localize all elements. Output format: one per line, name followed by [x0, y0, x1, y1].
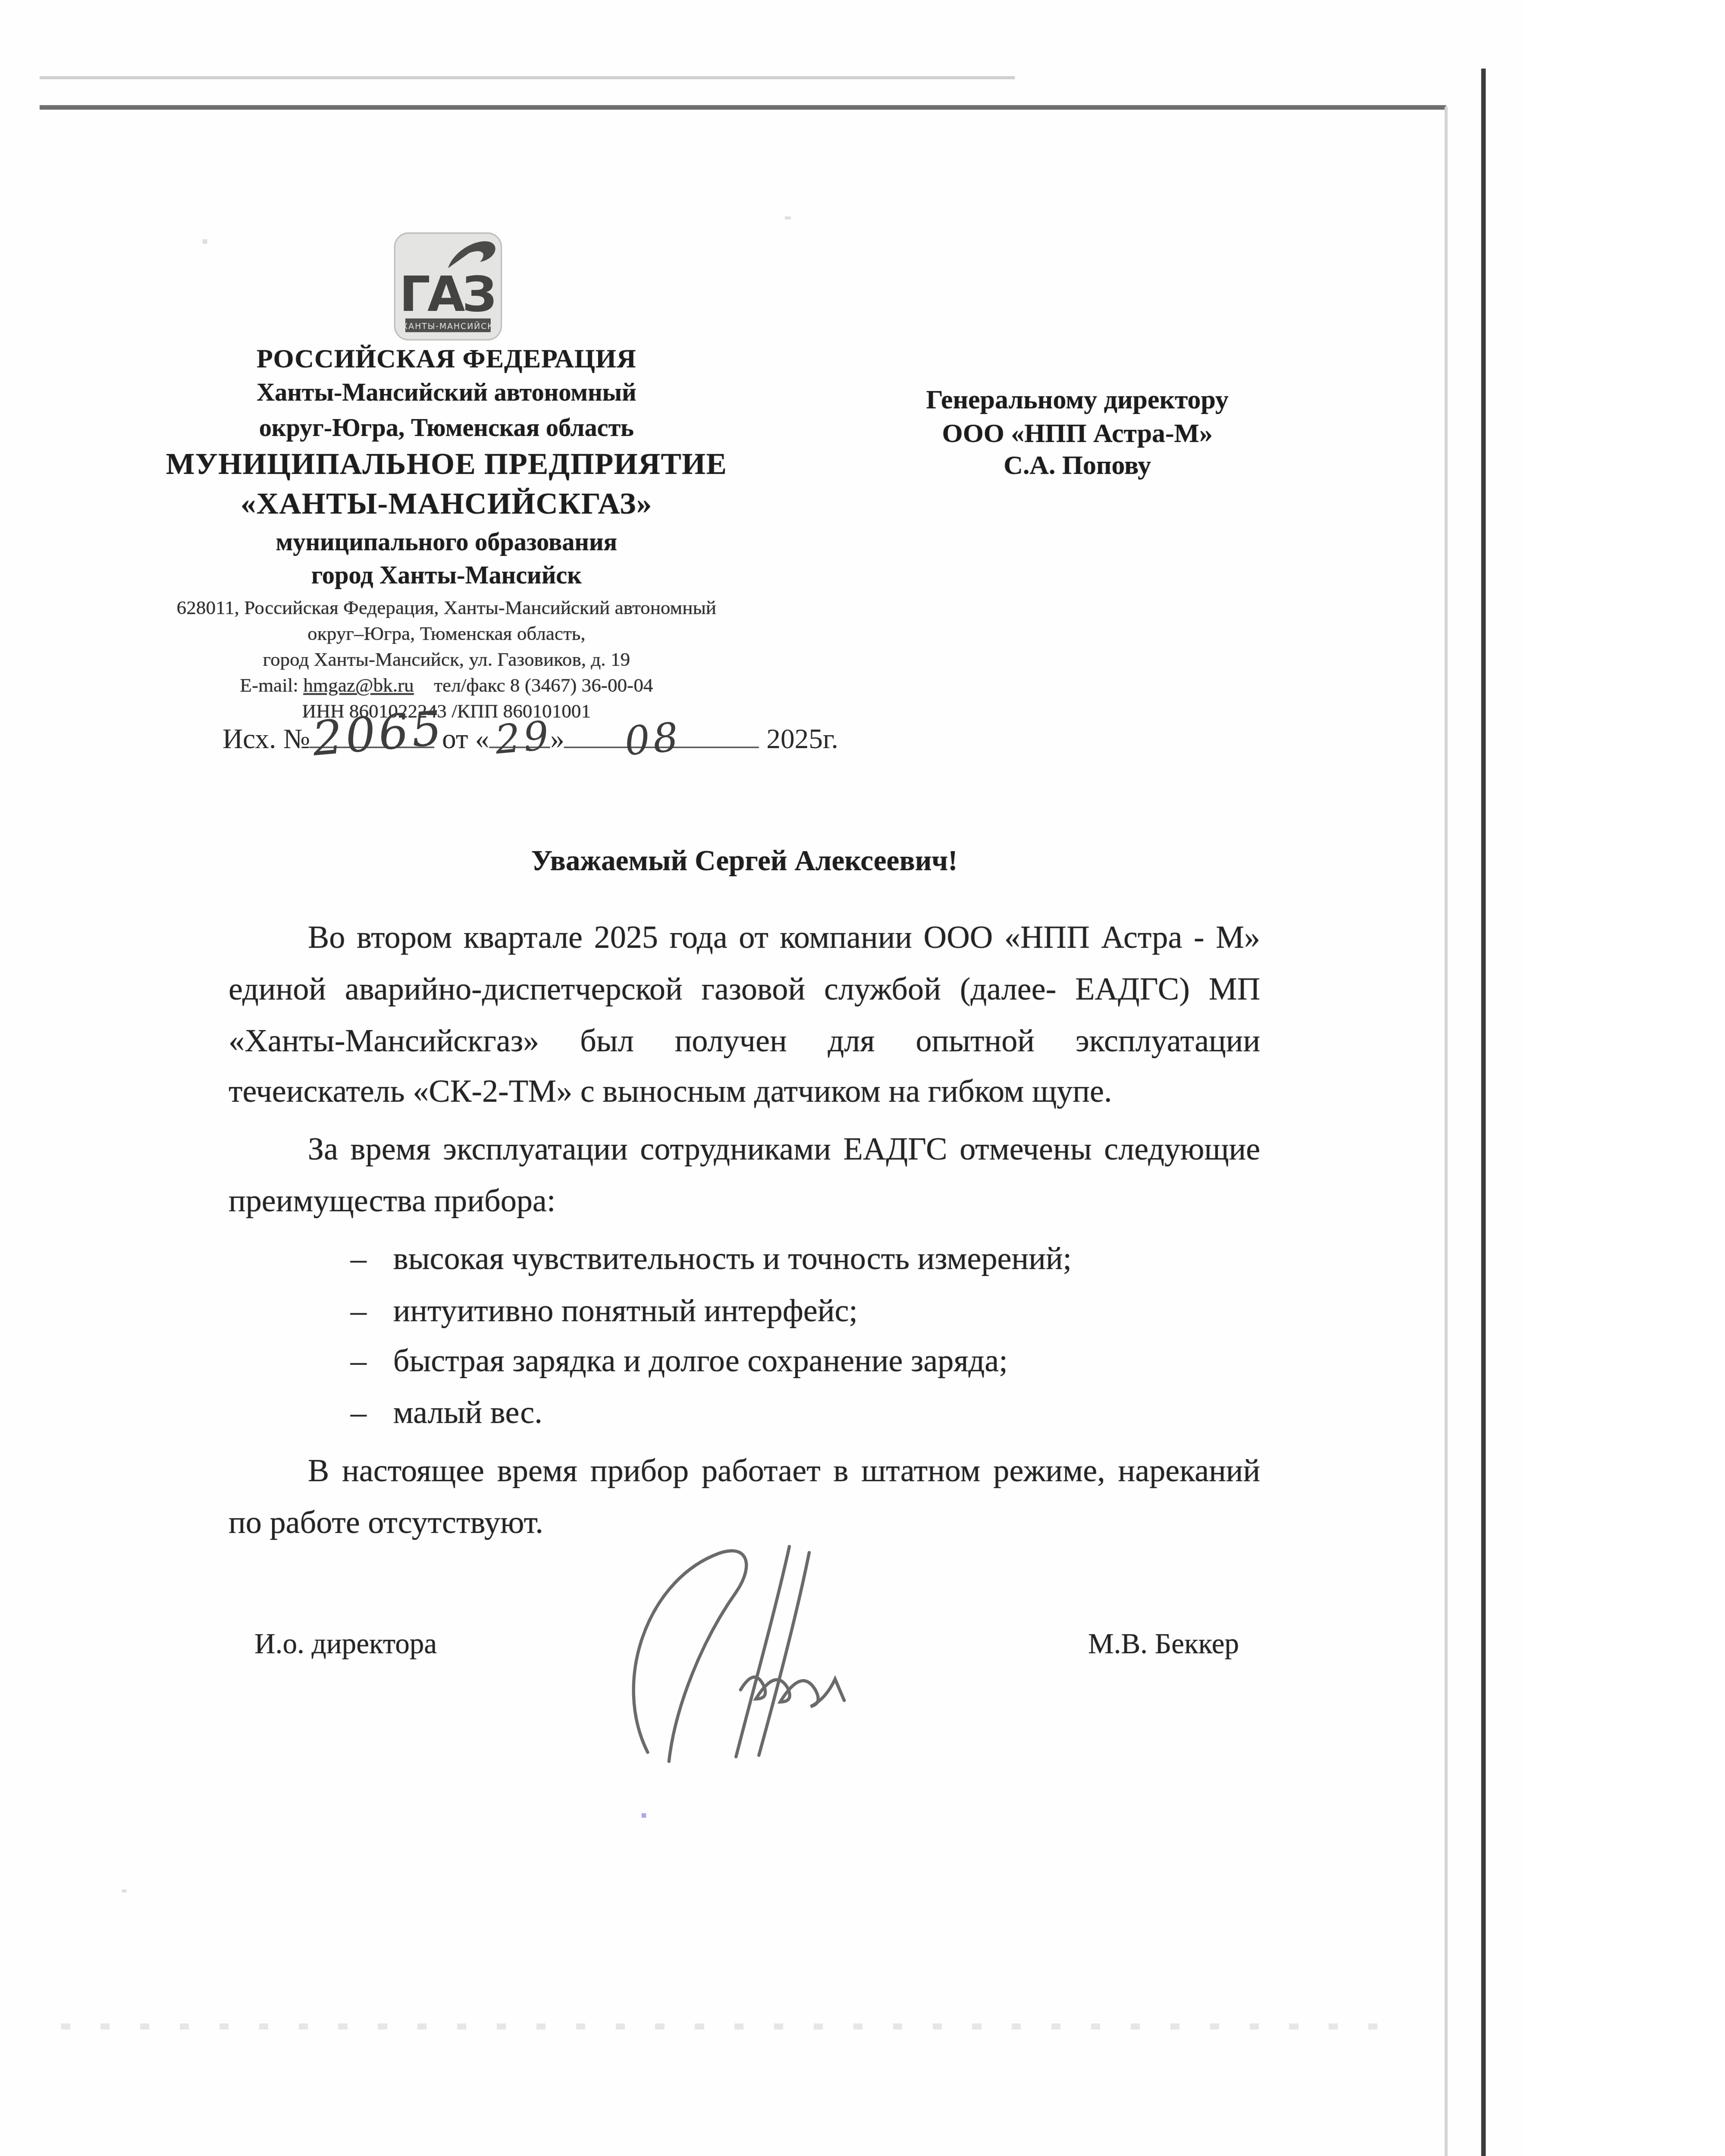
scan-speck — [642, 1813, 646, 1818]
scan-artifact-edge-dark — [1481, 69, 1486, 2156]
paragraph-2: За время эксплуатации сотрудниками ЕАДГС… — [229, 1125, 1260, 1228]
list-item-text: быстрая зарядка и долгое сохранение заря… — [393, 1343, 1008, 1379]
dash-marker: – — [351, 1285, 393, 1337]
sender-contact-line: E-mail: hmgaz@bk.ru тел/факс 8 (3467) 36… — [28, 674, 866, 699]
list-item: –малый вес. — [351, 1388, 1261, 1440]
handwritten-month: 08 — [624, 715, 684, 766]
signer-position: И.о. директора — [254, 1629, 437, 1662]
sender-inn-line: ИНН 8601022243 /КПП 860101001 — [28, 699, 866, 725]
list-item-text: высокая чувствительность и точность изме… — [393, 1240, 1072, 1277]
email-label: E-mail: — [240, 675, 298, 696]
company-logo: ГАЗ ХАНТЫ-МАНСИЙСК — [393, 232, 503, 344]
sender-address-line2: округ–Югра, Тюменская область, — [28, 622, 866, 648]
paragraph-1: Во втором квартале 2025 года от компании… — [229, 913, 1260, 1119]
handwritten-number: 2065 — [311, 701, 448, 767]
scan-speck — [785, 216, 791, 219]
scan-speck — [122, 1890, 127, 1893]
recipient-person: С.А. Попову — [841, 449, 1314, 482]
sender-address-line1: 628011, Российская Федерация, Ханты-Манс… — [28, 596, 866, 622]
sender-org-line1: МУНИЦИПАЛЬНОЕ ПРЕДПРИЯТИЕ — [28, 445, 866, 485]
paragraph-3: В настоящее время прибор работает в штат… — [229, 1446, 1260, 1549]
sender-country: РОССИЙСКАЯ ФЕДЕРАЦИЯ — [28, 342, 866, 376]
phone-fax: тел/факс 8 (3467) 36-00-04 — [434, 675, 653, 696]
sender-header-block: РОССИЙСКАЯ ФЕДЕРАЦИЯ Ханты-Мансийский ав… — [28, 342, 866, 725]
ref-number-blank: 2065 — [310, 746, 435, 748]
recipient-title: Генеральному директору — [841, 384, 1314, 417]
dash-marker: – — [351, 1337, 393, 1388]
gas-logo-graphic: ГАЗ ХАНТЫ-МАНСИЙСК — [393, 232, 503, 344]
scan-artifact-edge-faint — [1445, 107, 1448, 2156]
list-item-text: интуитивно понятный интерфейс; — [393, 1291, 858, 1328]
ref-label: Исх. № — [223, 725, 310, 756]
sender-region-line1: Ханты-Мансийский автономный — [28, 376, 866, 411]
ref-month-blank: 08 — [565, 746, 759, 748]
handwritten-signature — [606, 1542, 934, 1778]
outgoing-ref-line: Исх. №2065 от «29»08 2025г. — [223, 725, 1198, 757]
recipient-block: Генеральному директору ООО «НПП Астра-М»… — [841, 384, 1314, 482]
list-item: –высокая чувствительность и точность изм… — [351, 1234, 1261, 1285]
signer-name: М.В. Беккер — [1088, 1629, 1239, 1662]
email-address: hmgaz@bk.ru — [303, 675, 414, 696]
letter-body: Во втором квартале 2025 года от компании… — [229, 913, 1260, 1555]
dash-marker: – — [351, 1234, 393, 1285]
logo-caption-glyph: ХАНТЫ-МАНСИЙСК — [402, 321, 494, 331]
ref-day-blank: 29 — [489, 746, 550, 748]
sender-address-line3: город Ханты-Мансийск, ул. Газовиков, д. … — [28, 648, 866, 674]
sender-sub-line1: муниципального образования — [28, 524, 866, 561]
sender-sub-line2: город Ханты-Мансийск — [28, 561, 866, 591]
ref-quote-open: « — [475, 725, 489, 756]
scan-speck — [203, 239, 207, 244]
list-item: –быстрая зарядка и долгое сохранение зар… — [351, 1337, 1261, 1388]
sender-org-line2: «ХАНТЫ-МАНСИЙСКГАЗ» — [28, 485, 866, 524]
scan-artifact-line-faint — [40, 76, 1015, 79]
list-item-text: малый вес. — [393, 1395, 543, 1431]
logo-text-glyph: ГАЗ — [399, 266, 494, 323]
scanned-letter-page: ГАЗ ХАНТЫ-МАНСИЙСК РОССИЙСКАЯ ФЕДЕРАЦИЯ … — [0, 0, 1524, 2156]
handwritten-day: 29 — [493, 714, 554, 764]
scan-noise-strip — [61, 2024, 1402, 2030]
advantages-list: –высокая чувствительность и точность изм… — [229, 1234, 1260, 1440]
salutation: Уважаемый Сергей Алексеевич! — [229, 846, 1260, 879]
scan-artifact-line-dark — [40, 105, 1446, 110]
sender-region-line2: округ-Югра, Тюменская область — [28, 411, 866, 445]
list-item: –интуитивно понятный интерфейс; — [351, 1285, 1261, 1337]
ref-year: 2025г. — [766, 725, 838, 756]
dash-marker: – — [351, 1388, 393, 1440]
recipient-company: ООО «НПП Астра-М» — [841, 417, 1314, 449]
